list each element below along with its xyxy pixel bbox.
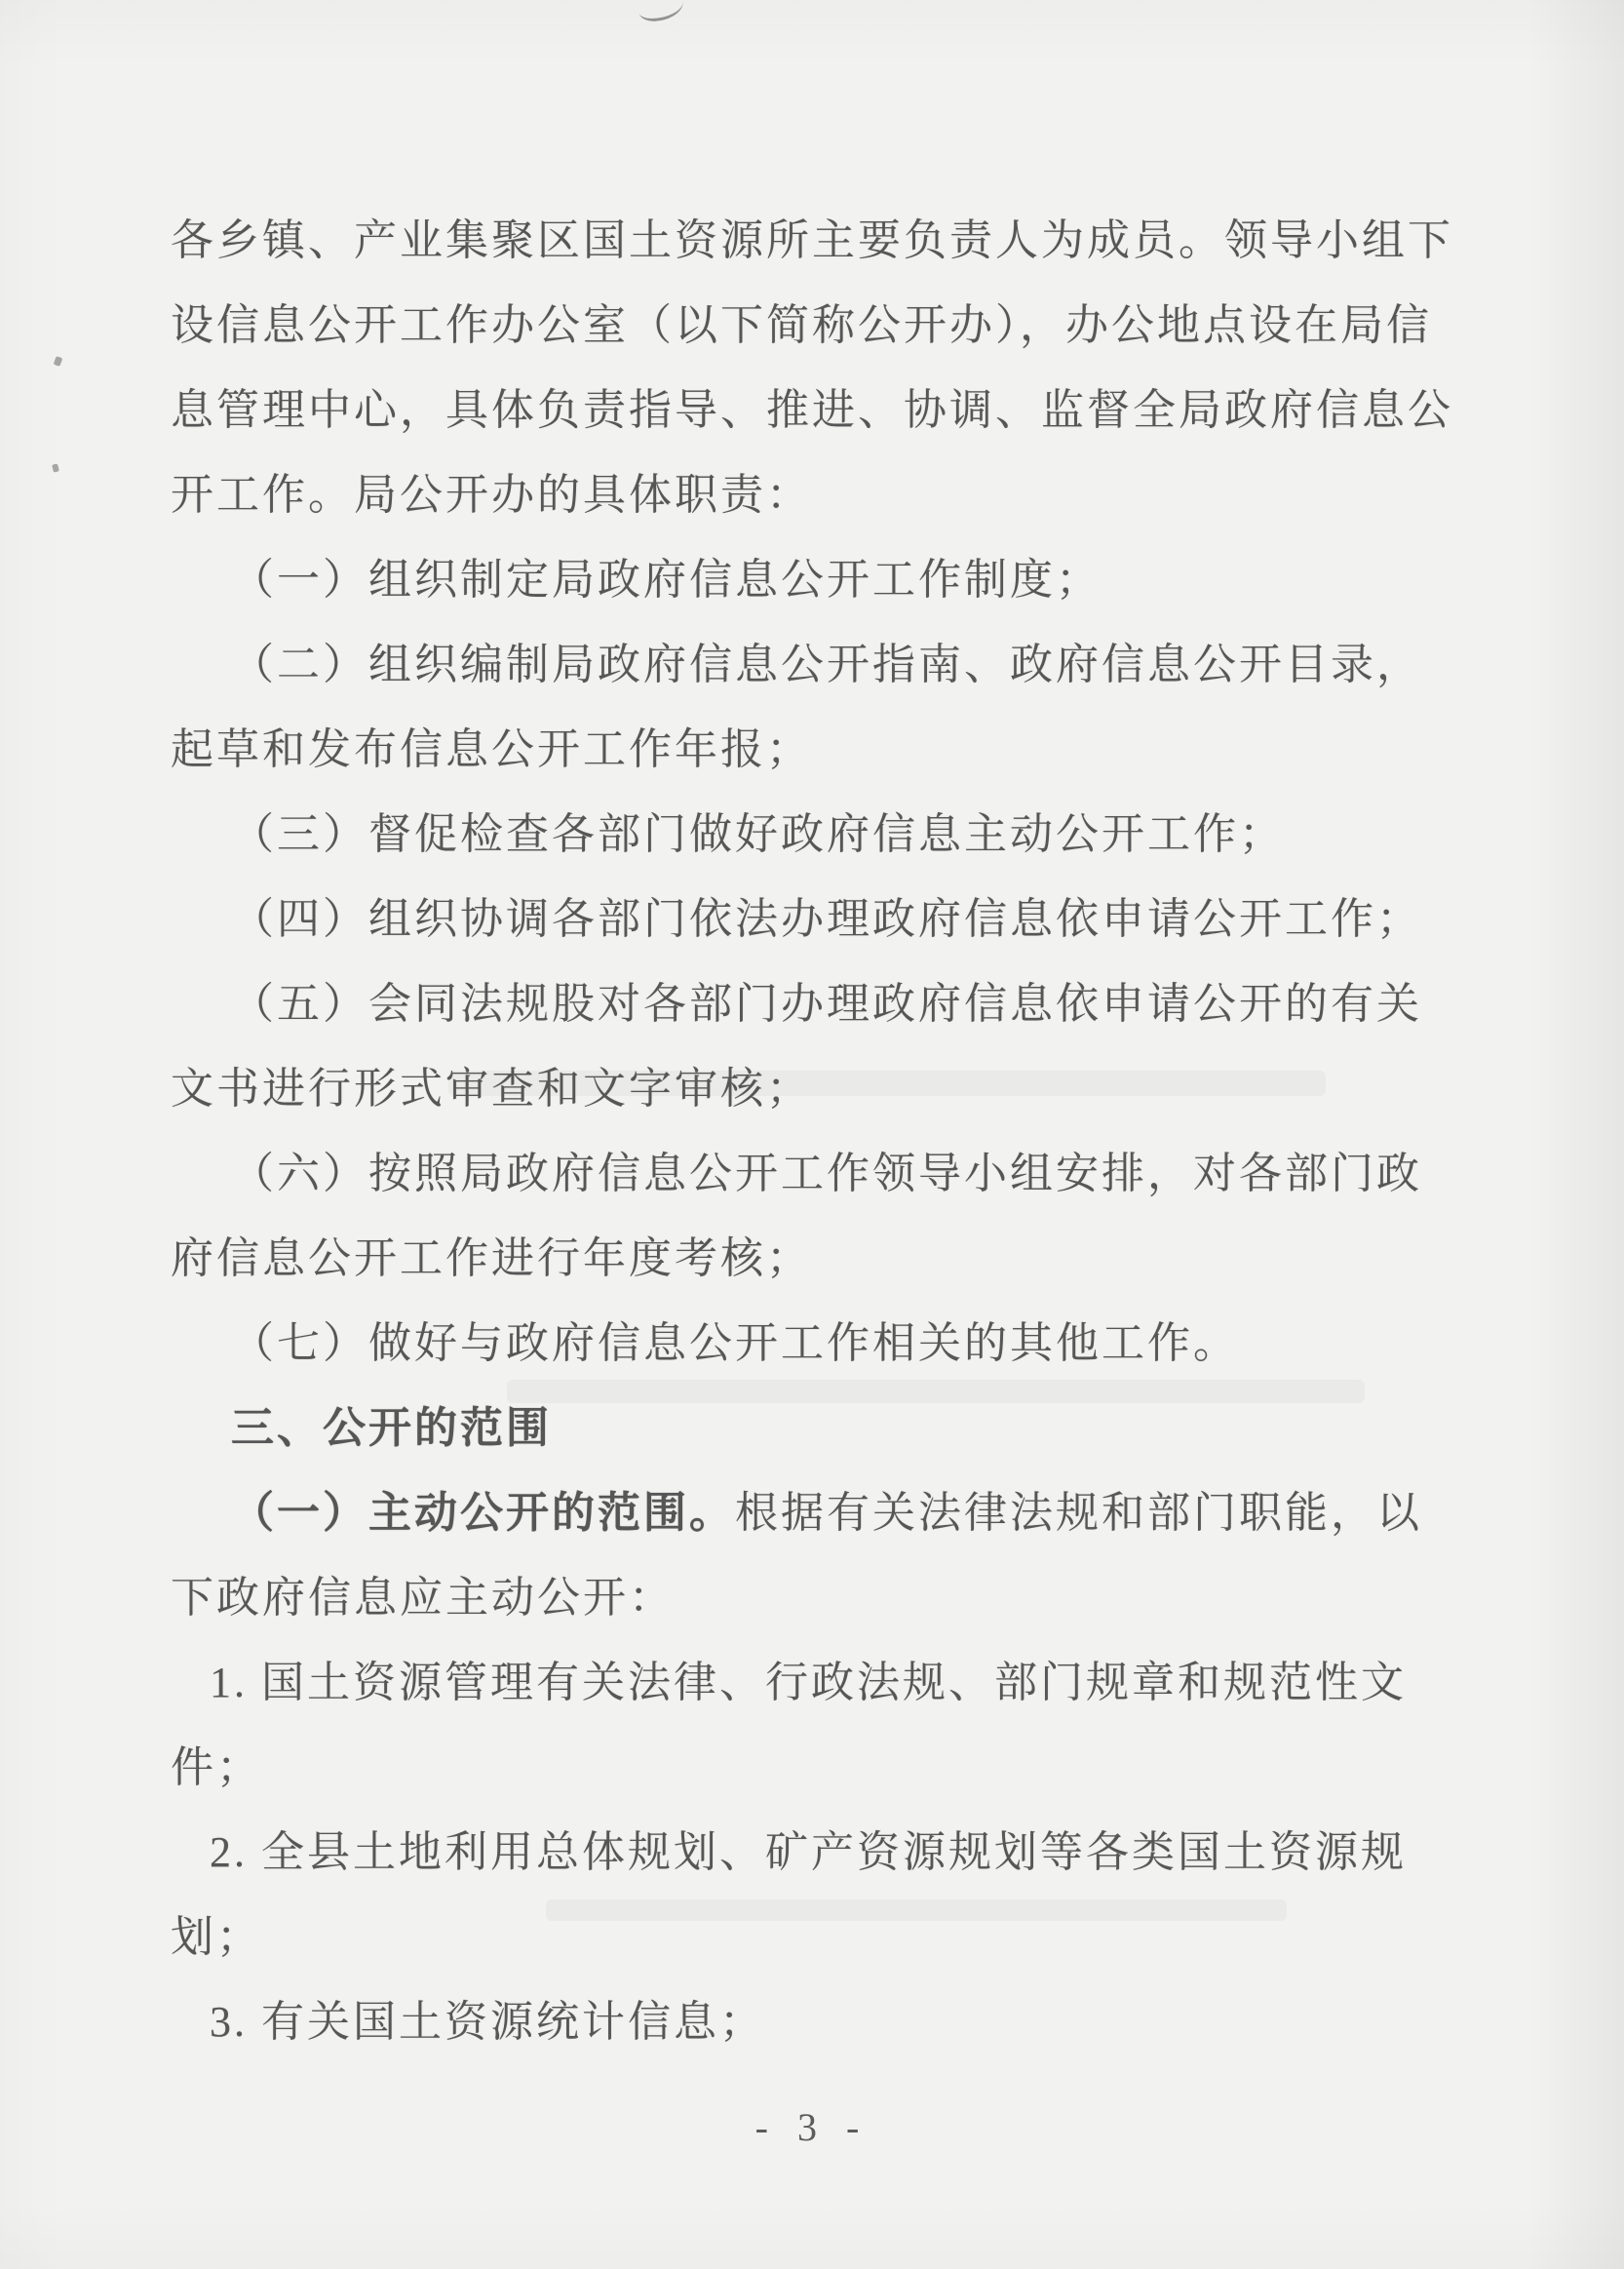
document-text: 各乡镇、产业集聚区国土资源所主要负责人为成员。领导小组下 xyxy=(171,216,1453,264)
document-text: （一）组织制定局政府信息公开工作制度； xyxy=(231,556,1102,604)
document-line: 设信息公开工作办公室（以下简称公开办），办公地点设在局信 xyxy=(171,283,1467,368)
document-text: 府信息公开工作进行年度考核； xyxy=(171,1234,812,1282)
document-line: 三、公开的范围 xyxy=(171,1386,1467,1470)
document-page: 各乡镇、产业集聚区国土资源所主要负责人为成员。领导小组下设信息公开工作办公室（以… xyxy=(0,0,1624,2269)
document-line: 府信息公开工作进行年度考核； xyxy=(171,1216,1467,1301)
document-line: （四）组织协调各部门依法办理政府信息依申请公开工作； xyxy=(171,877,1467,961)
document-line: 开工作。局公开办的具体职责： xyxy=(171,452,1467,537)
document-text: （三）督促检查各部门做好政府信息主动公开工作； xyxy=(231,810,1285,858)
document-line: （五）会同法规股对各部门办理政府信息依申请公开的有关 xyxy=(171,961,1467,1046)
document-text: 件； xyxy=(171,1743,262,1791)
document-text: 设信息公开工作办公室（以下简称公开办），办公地点设在局信 xyxy=(171,301,1432,349)
document-line: 各乡镇、产业集聚区国土资源所主要负责人为成员。领导小组下 xyxy=(171,198,1467,283)
document-text-bold: 三、公开的范围 xyxy=(231,1404,552,1452)
document-line: 2. 全县土地利用总体规划、矿产资源规划等各类国土资源规 xyxy=(171,1810,1467,1895)
document-line: （一）主动公开的范围。根据有关法律法规和部门职能，以 xyxy=(171,1470,1467,1555)
document-text: （二）组织编制局政府信息公开指南、政府信息公开目录， xyxy=(231,641,1422,688)
document-text-bold: （一）主动公开的范围。 xyxy=(231,1489,735,1537)
document-line: （六）按照局政府信息公开工作领导小组安排，对各部门政 xyxy=(171,1131,1467,1216)
document-text: 根据有关法律法规和部门职能，以 xyxy=(735,1489,1422,1537)
scan-speck-artifact xyxy=(52,463,59,472)
document-text: （六）按照局政府信息公开工作领导小组安排，对各部门政 xyxy=(231,1150,1422,1197)
document-text: 息管理中心，具体负责指导、推进、协调、监督全局政府信息公 xyxy=(171,386,1453,434)
document-text: 起草和发布信息公开工作年报； xyxy=(171,725,812,773)
document-text: 1. 国土资源管理有关法律、行政法规、部门规章和规范性文 xyxy=(210,1659,1407,1706)
document-text: 下政府信息应主动公开： xyxy=(171,1574,675,1622)
document-text: 开工作。局公开办的具体职责： xyxy=(171,471,812,519)
document-line: （三）督促检查各部门做好政府信息主动公开工作； xyxy=(171,792,1467,877)
document-line: 下政府信息应主动公开： xyxy=(171,1555,1467,1640)
document-line: 起草和发布信息公开工作年报； xyxy=(171,707,1467,792)
document-lines: 各乡镇、产业集聚区国土资源所主要负责人为成员。领导小组下设信息公开工作办公室（以… xyxy=(171,198,1467,2064)
scan-fold-artifact xyxy=(637,0,684,23)
scan-speck-artifact xyxy=(54,356,63,367)
document-text: （五）会同法规股对各部门办理政府信息依申请公开的有关 xyxy=(231,980,1422,1028)
document-text: 文书进行形式审查和文字审核； xyxy=(171,1065,812,1113)
document-line: 1. 国土资源管理有关法律、行政法规、部门规章和规范性文 xyxy=(171,1640,1467,1725)
document-line: （一）组织制定局政府信息公开工作制度； xyxy=(171,537,1467,622)
document-text: 2. 全县土地利用总体规划、矿产资源规划等各类国土资源规 xyxy=(210,1828,1407,1876)
document-line: 划； xyxy=(171,1895,1467,1979)
document-line: 件； xyxy=(171,1725,1467,1810)
document-text: （七）做好与政府信息公开工作相关的其他工作。 xyxy=(231,1319,1239,1367)
document-line: （七）做好与政府信息公开工作相关的其他工作。 xyxy=(171,1301,1467,1386)
document-text: 划； xyxy=(171,1913,262,1961)
document-line: 息管理中心，具体负责指导、推进、协调、监督全局政府信息公 xyxy=(171,368,1467,452)
document-line: 3. 有关国土资源统计信息； xyxy=(171,1979,1467,2064)
document-text: 3. 有关国土资源统计信息； xyxy=(210,1998,765,2046)
document-line: （二）组织编制局政府信息公开指南、政府信息公开目录， xyxy=(171,622,1467,707)
document-line: 文书进行形式审查和文字审核； xyxy=(171,1046,1467,1131)
document-text: （四）组织协调各部门依法办理政府信息依申请公开工作； xyxy=(231,895,1422,943)
page-number: - 3 - xyxy=(0,2104,1624,2150)
